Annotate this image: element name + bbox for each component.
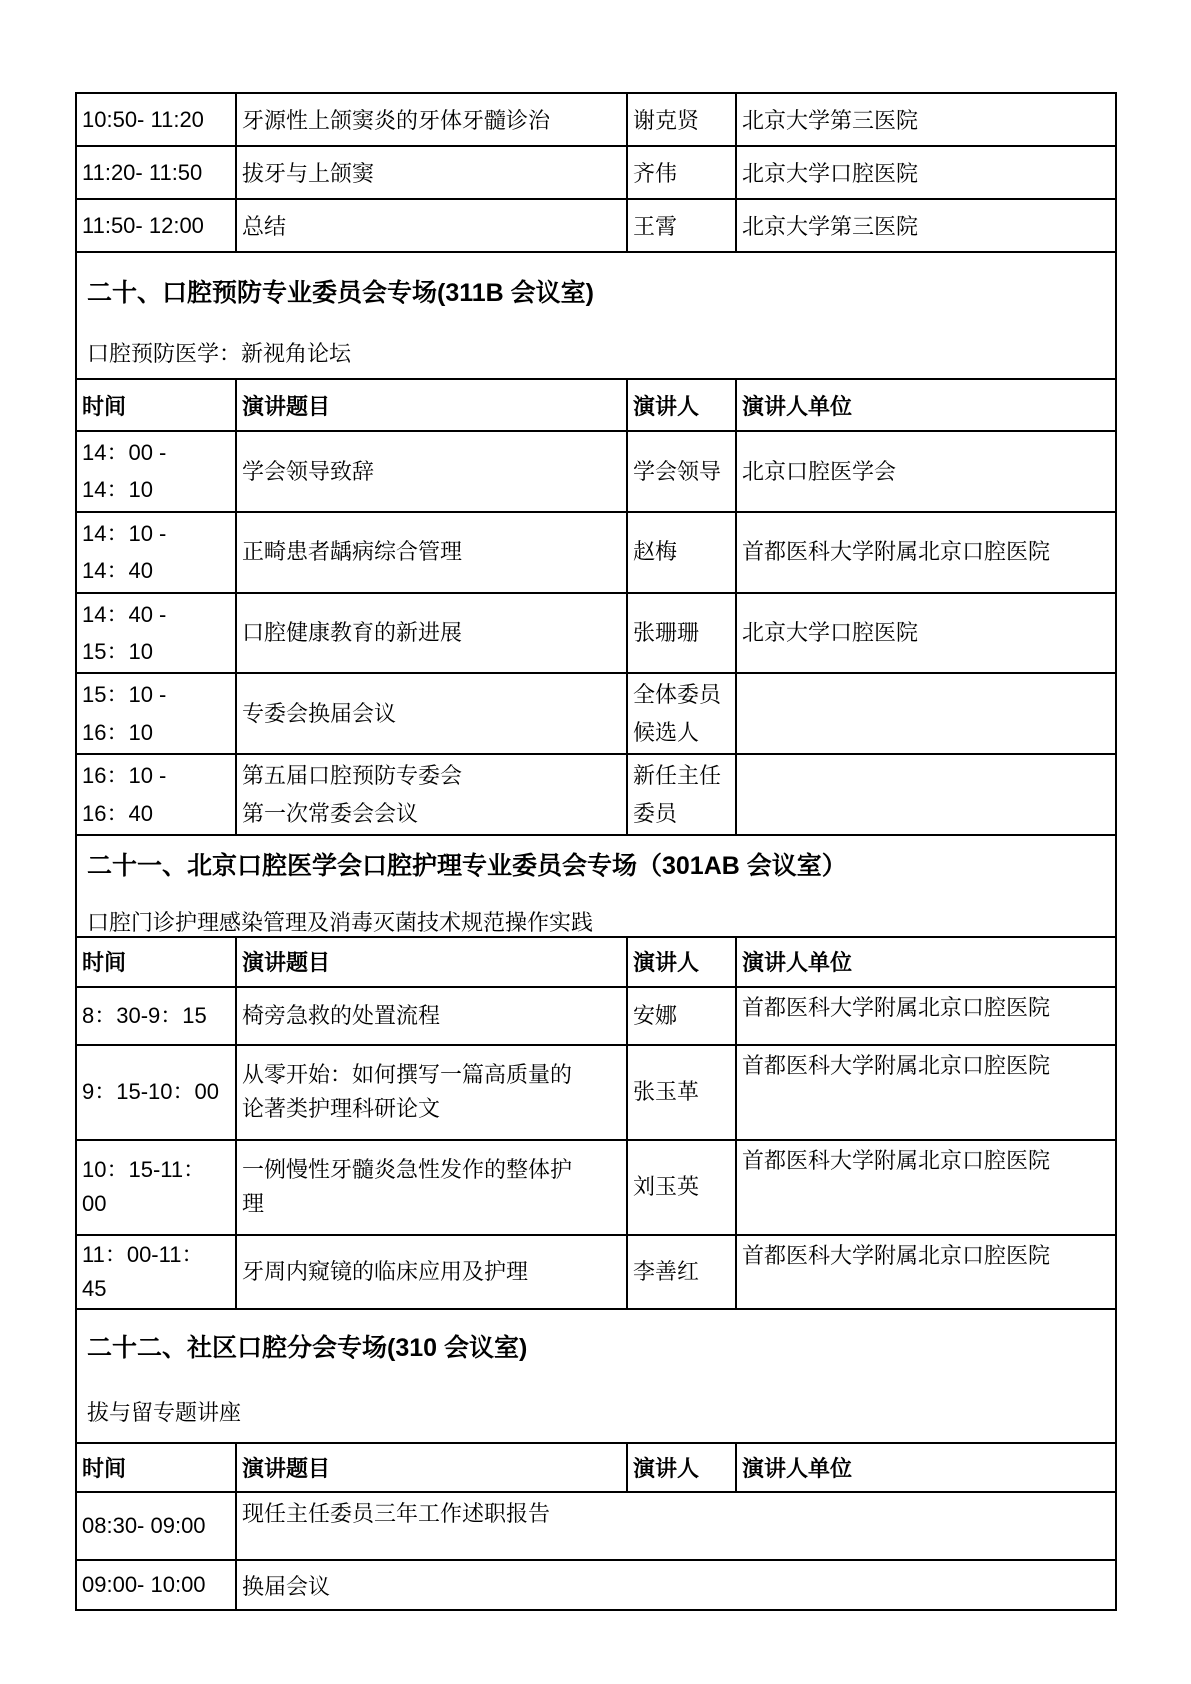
table-row: 16：10 - 16：40 第五届口腔预防专委会 第一次常委会会议 新任主任 委… [76, 754, 1116, 835]
cell-org [736, 754, 1116, 835]
cell-org: 北京口腔医学会 [736, 431, 1116, 512]
header-title: 演讲题目 [236, 1443, 627, 1492]
cell-org: 首都医科大学附属北京口腔医院 [736, 987, 1116, 1045]
header-speaker: 演讲人 [627, 379, 736, 431]
cell-org: 北京大学口腔医院 [736, 146, 1116, 199]
section-20-subtitle: 口腔预防医学：新视角论坛 [87, 337, 1105, 368]
cell-speaker: 谢克贤 [627, 93, 736, 146]
cell-speaker: 新任主任 委员 [627, 754, 736, 835]
cell-org [736, 673, 1116, 754]
section-21-heading: 二十一、北京口腔医学会口腔护理专业委员会专场（301AB 会议室） [87, 846, 1105, 882]
cell-title: 拔牙与上颌窦 [236, 146, 627, 199]
cell-org: 北京大学第三医院 [736, 199, 1116, 252]
cell-title: 总结 [236, 199, 627, 252]
header-time: 时间 [76, 379, 236, 431]
section-22-table: 时间 演讲题目 演讲人 演讲人单位 08:30- 09:00 现任主任委员三年工… [75, 1442, 1117, 1611]
document-page: 10:50- 11:20 牙源性上颌窦炎的牙体牙髓诊治 谢克贤 北京大学第三医院… [0, 0, 1191, 1684]
cell-title: 现任主任委员三年工作述职报告 [236, 1492, 1116, 1560]
cell-title: 从零开始：如何撰写一篇高质量的 论著类护理科研论文 [236, 1045, 627, 1140]
table-header-row: 时间 演讲题目 演讲人 演讲人单位 [76, 1443, 1116, 1492]
cell-title: 牙周内窥镜的临床应用及护理 [236, 1235, 627, 1309]
section-22-subtitle: 拔与留专题讲座 [87, 1396, 1105, 1427]
section-20-heading: 二十、口腔预防专业委员会专场(311B 会议室) [87, 273, 1105, 309]
header-time: 时间 [76, 1443, 236, 1492]
table-row: 15：10 - 16：10 专委会换届会议 全体委员 候选人 [76, 673, 1116, 754]
table-row: 10:50- 11:20 牙源性上颌窦炎的牙体牙髓诊治 谢克贤 北京大学第三医院 [76, 93, 1116, 146]
table-header-row: 时间 演讲题目 演讲人 演讲人单位 [76, 937, 1116, 987]
cell-time: 9：15-10：00 [76, 1045, 236, 1140]
cell-title: 一例慢性牙髓炎急性发作的整体护 理 [236, 1140, 627, 1235]
cell-speaker: 张珊珊 [627, 593, 736, 674]
cell-org: 首都医科大学附属北京口腔医院 [736, 1235, 1116, 1309]
cell-time: 15：10 - 16：10 [76, 673, 236, 754]
cell-title: 牙源性上颌窦炎的牙体牙髓诊治 [236, 93, 627, 146]
header-time: 时间 [76, 937, 236, 987]
section-22-block: 二十二、社区口腔分会专场(310 会议室) 拔与留专题讲座 [75, 1310, 1117, 1442]
cell-time: 08:30- 09:00 [76, 1492, 236, 1560]
cell-title: 专委会换届会议 [236, 673, 627, 754]
cell-time: 16：10 - 16：40 [76, 754, 236, 835]
conference-program: 10:50- 11:20 牙源性上颌窦炎的牙体牙髓诊治 谢克贤 北京大学第三医院… [75, 92, 1117, 1611]
cell-speaker: 王霄 [627, 199, 736, 252]
cell-speaker: 李善红 [627, 1235, 736, 1309]
table-row: 10：15-11： 00 一例慢性牙髓炎急性发作的整体护 理 刘玉英 首都医科大… [76, 1140, 1116, 1235]
section-20-block: 二十、口腔预防专业委员会专场(311B 会议室) 口腔预防医学：新视角论坛 [75, 253, 1117, 378]
cell-time: 11：00-11： 45 [76, 1235, 236, 1309]
cell-title: 椅旁急救的处置流程 [236, 987, 627, 1045]
cell-title: 正畸患者龋病综合管理 [236, 512, 627, 593]
header-title: 演讲题目 [236, 379, 627, 431]
cell-time: 10：15-11： 00 [76, 1140, 236, 1235]
cell-org: 北京大学第三医院 [736, 93, 1116, 146]
table-row: 14：40 - 15：10 口腔健康教育的新进展 张珊珊 北京大学口腔医院 [76, 593, 1116, 674]
cell-time: 14：00 - 14：10 [76, 431, 236, 512]
table-row: 14：00 - 14：10 学会领导致辞 学会领导 北京口腔医学会 [76, 431, 1116, 512]
cell-time: 14：40 - 15：10 [76, 593, 236, 674]
cell-title: 第五届口腔预防专委会 第一次常委会会议 [236, 754, 627, 835]
table-row: 11：00-11： 45 牙周内窥镜的临床应用及护理 李善红 首都医科大学附属北… [76, 1235, 1116, 1309]
table-row: 08:30- 09:00 现任主任委员三年工作述职报告 [76, 1492, 1116, 1560]
cell-time: 14：10 - 14：40 [76, 512, 236, 593]
table-row: 14：10 - 14：40 正畸患者龋病综合管理 赵梅 首都医科大学附属北京口腔… [76, 512, 1116, 593]
cell-speaker: 齐伟 [627, 146, 736, 199]
header-speaker: 演讲人 [627, 937, 736, 987]
cell-time: 10:50- 11:20 [76, 93, 236, 146]
section-20-table: 时间 演讲题目 演讲人 演讲人单位 14：00 - 14：10 学会领导致辞 学… [75, 378, 1117, 836]
header-org: 演讲人单位 [736, 937, 1116, 987]
cell-org: 首都医科大学附属北京口腔医院 [736, 1045, 1116, 1140]
cell-time: 11:50- 12:00 [76, 199, 236, 252]
table-row: 11:50- 12:00 总结 王霄 北京大学第三医院 [76, 199, 1116, 252]
section-21-subtitle: 口腔门诊护理感染管理及消毒灭菌技术规范操作实践 [87, 906, 1105, 937]
header-org: 演讲人单位 [736, 379, 1116, 431]
section-21-table: 时间 演讲题目 演讲人 演讲人单位 8：30-9：15 椅旁急救的处置流程 安娜… [75, 936, 1117, 1310]
section-21-block: 二十一、北京口腔医学会口腔护理专业委员会专场（301AB 会议室） 口腔门诊护理… [75, 836, 1117, 936]
cell-speaker: 学会领导 [627, 431, 736, 512]
header-title: 演讲题目 [236, 937, 627, 987]
cell-speaker: 全体委员 候选人 [627, 673, 736, 754]
cell-title: 换届会议 [236, 1560, 1116, 1610]
header-speaker: 演讲人 [627, 1443, 736, 1492]
table-row: 09:00- 10:00 换届会议 [76, 1560, 1116, 1610]
table-row: 11:20- 11:50 拔牙与上颌窦 齐伟 北京大学口腔医院 [76, 146, 1116, 199]
table-row: 8：30-9：15 椅旁急救的处置流程 安娜 首都医科大学附属北京口腔医院 [76, 987, 1116, 1045]
cell-title: 口腔健康教育的新进展 [236, 593, 627, 674]
cell-org: 首都医科大学附属北京口腔医院 [736, 1140, 1116, 1235]
cell-speaker: 赵梅 [627, 512, 736, 593]
cell-org: 首都医科大学附属北京口腔医院 [736, 512, 1116, 593]
header-org: 演讲人单位 [736, 1443, 1116, 1492]
cell-speaker: 安娜 [627, 987, 736, 1045]
section-22-heading: 二十二、社区口腔分会专场(310 会议室) [87, 1328, 1105, 1364]
cell-speaker: 张玉革 [627, 1045, 736, 1140]
table-row: 9：15-10：00 从零开始：如何撰写一篇高质量的 论著类护理科研论文 张玉革… [76, 1045, 1116, 1140]
cell-time: 11:20- 11:50 [76, 146, 236, 199]
cell-time: 09:00- 10:00 [76, 1560, 236, 1610]
cell-speaker: 刘玉英 [627, 1140, 736, 1235]
session-19-table: 10:50- 11:20 牙源性上颌窦炎的牙体牙髓诊治 谢克贤 北京大学第三医院… [75, 92, 1117, 253]
cell-org: 北京大学口腔医院 [736, 593, 1116, 674]
table-header-row: 时间 演讲题目 演讲人 演讲人单位 [76, 379, 1116, 431]
cell-time: 8：30-9：15 [76, 987, 236, 1045]
cell-title: 学会领导致辞 [236, 431, 627, 512]
